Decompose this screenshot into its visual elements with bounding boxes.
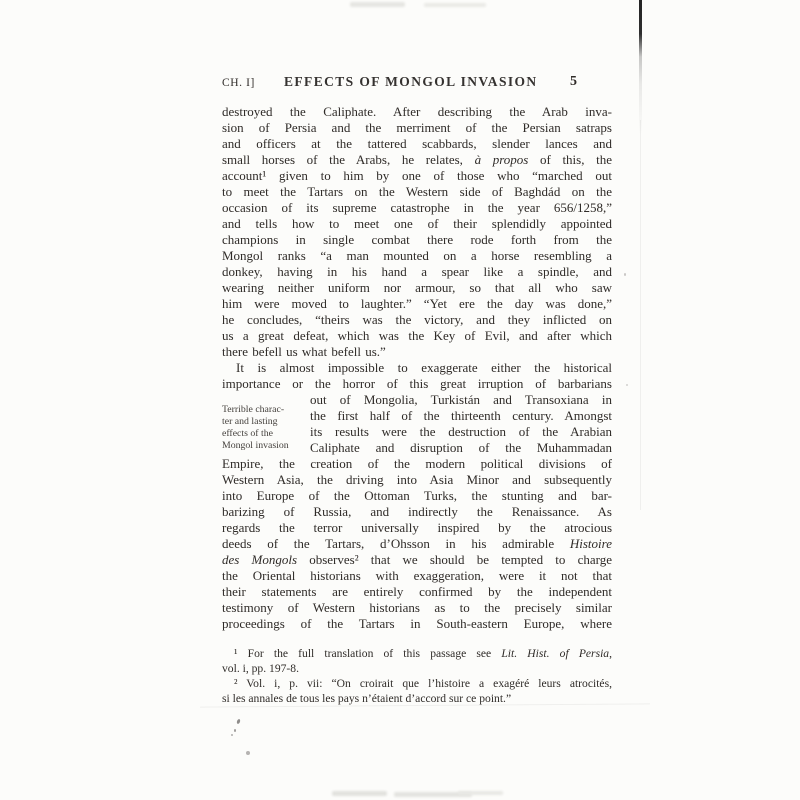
text-line: importance or the horror of this great i…	[222, 376, 612, 392]
scan-artifact-speck	[234, 729, 236, 732]
margin-note-line: effects of the	[222, 428, 308, 440]
scan-artifact-speck	[246, 751, 250, 755]
text-line: donkey, having in his hand a spear like …	[222, 264, 612, 280]
text-line: deeds of the Tartars, d’Ohsson in his ad…	[222, 536, 612, 552]
text-line: ¹ For the full translation of this passa…	[222, 646, 612, 661]
page-title: EFFECTS OF MONGOL INVASION	[284, 74, 538, 90]
text-line: destroyed the Caliphate. After describin…	[222, 104, 612, 120]
text-line: and officers at the tattered scabbards, …	[222, 136, 612, 152]
footnotes: ¹ For the full translation of this passa…	[222, 646, 612, 706]
scan-artifact-speck	[231, 734, 233, 736]
text-line: there befell us what befell us.”	[222, 344, 612, 360]
text-line: des Mongols observes² that we should be …	[222, 552, 612, 568]
scan-artifact-top-streak	[350, 2, 405, 7]
text-line: the Oriental historians with exaggeratio…	[222, 568, 612, 584]
text-line: si les annales de tous les pays n’étaien…	[222, 691, 612, 706]
text-line: champions in single combat there rode fo…	[222, 232, 612, 248]
text-line: proceedings of the Tartars in South-east…	[222, 616, 612, 632]
text-line: regards the terror universally inspired …	[222, 520, 612, 536]
scan-artifact-speck	[624, 273, 626, 276]
scan-artifact-speck	[236, 719, 241, 725]
text-line: him were moved to laughter.” “Yet ere th…	[222, 296, 612, 312]
margin-note-line: Mongol invasion	[222, 440, 308, 452]
text-line: vol. i, pp. 197-8.	[222, 661, 612, 676]
text-line: their statements are entirely confirmed …	[222, 584, 612, 600]
margin-note-line: ter and lasting	[222, 416, 308, 428]
text-line: he concludes, “theirs was the victory, a…	[222, 312, 612, 328]
chapter-label: CH. I]	[222, 77, 255, 89]
text-line: into Europe of the Ottoman Turks, the st…	[222, 488, 612, 504]
text-line: testimony of Western historians as to th…	[222, 600, 612, 616]
text-line: barizing of Russia, and indirectly the R…	[222, 504, 612, 520]
text-line: us a great defeat, which was the Key of …	[222, 328, 612, 344]
page-number: 5	[570, 74, 577, 90]
scan-artifact-top-streak	[424, 3, 486, 7]
scan-artifact-bottom-streak	[394, 792, 472, 797]
margin-note: Terrible charac-ter and lastingeffects o…	[222, 404, 308, 452]
text-line: wearing neither uniform nor armour, so t…	[222, 280, 612, 296]
scan-artifact-binding-line	[639, 0, 642, 135]
text-line: Mongol ranks “a man mounted on a horse r…	[222, 248, 612, 264]
text-line: occasion of its supreme catastrophe in t…	[222, 200, 612, 216]
scan-artifact-speck	[626, 384, 628, 386]
margin-note-line: Terrible charac-	[222, 404, 308, 416]
scan-artifact-bottom-streak	[332, 791, 387, 796]
text-line: Western Asia, the driving into Asia Mino…	[222, 472, 612, 488]
text-line: It is almost impossible to exaggerate ei…	[222, 360, 612, 376]
body-text: Terrible charac-ter and lastingeffects o…	[222, 104, 612, 632]
book-page-scan: CH. I] EFFECTS OF MONGOL INVASION 5 Terr…	[0, 0, 800, 800]
scan-artifact-binding-line-faint	[640, 120, 641, 510]
text-line: ² Vol. i, p. vii: “On croirait que l’his…	[222, 676, 612, 691]
text-line: small horses of the Arabs, he relates, à…	[222, 152, 612, 168]
text-line: account¹ given to him by one of those wh…	[222, 168, 612, 184]
running-header: CH. I] EFFECTS OF MONGOL INVASION 5	[222, 74, 612, 92]
text-line: sion of Persia and the merriment of the …	[222, 120, 612, 136]
text-line: to meet the Tartars on the Western side …	[222, 184, 612, 200]
text-line: and tells how to meet one of their splen…	[222, 216, 612, 232]
scan-artifact-bottom-streak	[458, 791, 503, 795]
text-line: Empire, the creation of the modern polit…	[222, 456, 612, 472]
